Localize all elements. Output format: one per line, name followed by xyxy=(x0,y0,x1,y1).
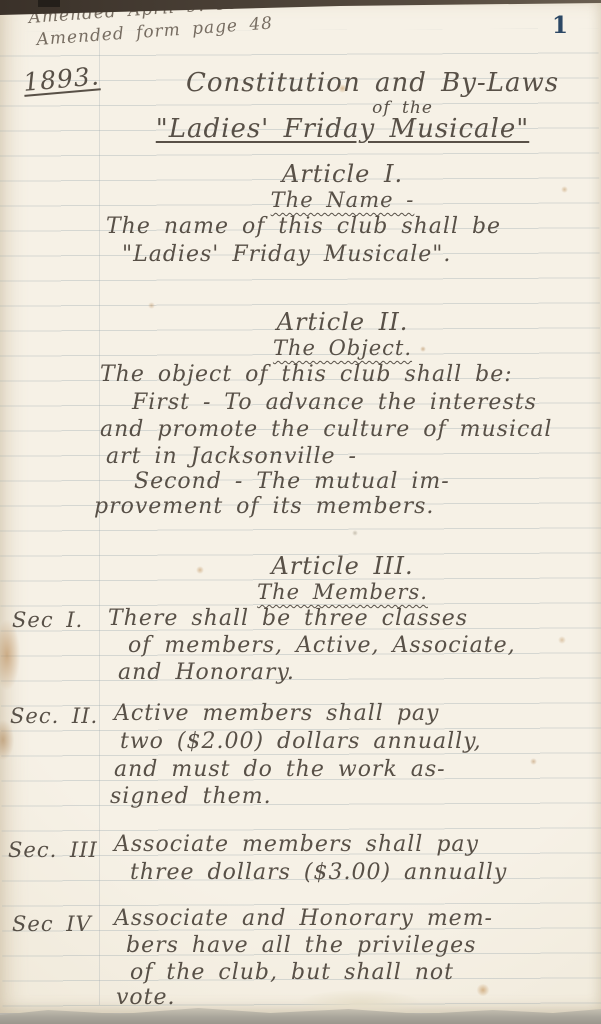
section-3-line: Associate members shall pay xyxy=(114,832,479,857)
document-title-club-name: "Ladies' Friday Musicale" xyxy=(90,114,595,144)
article-2-body-line: First - To advance the interests xyxy=(132,390,537,415)
section-4-line: vote. xyxy=(116,985,176,1010)
manuscript-page: Amended April 9. 95 Amended form page 48… xyxy=(0,0,601,1013)
section-1-line: and Honorary. xyxy=(118,660,295,685)
section-4-line: Associate and Honorary mem- xyxy=(114,906,493,931)
article-2-body-line: and promote the culture of musical xyxy=(100,417,552,442)
article-3-heading: Article III. xyxy=(90,552,595,580)
section-2-line: Active members shall pay xyxy=(114,701,439,726)
article-1-subheading: The Name - xyxy=(90,188,595,212)
section-3-label: Sec. III xyxy=(8,838,98,862)
section-2-line: and must do the work as- xyxy=(114,757,446,782)
section-1-label: Sec I. xyxy=(12,608,83,632)
article-2-body-line: provement of its members. xyxy=(94,494,434,519)
document-title: Constitution and By-Laws xyxy=(120,68,601,98)
section-2-line: two ($2.00) dollars annually, xyxy=(120,729,482,754)
section-1-line: There shall be three classes xyxy=(108,606,468,631)
article-1-body-line: "Ladies' Friday Musicale". xyxy=(122,242,451,267)
page-number: 1 xyxy=(552,12,569,39)
article-2-body-line: art in Jacksonville - xyxy=(106,444,357,469)
section-2-label: Sec. II. xyxy=(10,704,98,728)
article-2-heading: Article II. xyxy=(90,308,595,336)
article-2-subheading: The Object. xyxy=(90,336,595,360)
section-1-line: of members, Active, Associate, xyxy=(128,633,516,658)
article-1-body-line: The name of this club shall be xyxy=(106,214,501,239)
section-4-line: bers have all the privileges xyxy=(126,933,476,958)
article-3-subheading: The Members. xyxy=(90,580,595,604)
photo-top-corner-mark xyxy=(38,0,60,7)
section-2-line: signed them. xyxy=(110,784,272,809)
section-4-label: Sec IV xyxy=(12,912,92,936)
article-2-body-line: The object of this club shall be: xyxy=(100,362,513,387)
section-4-line: of the club, but shall not xyxy=(130,960,454,985)
article-1-heading: Article I. xyxy=(90,160,595,188)
article-2-body-line: Second - The mutual im- xyxy=(134,469,450,494)
section-3-line: three dollars ($3.00) annually xyxy=(130,860,507,885)
